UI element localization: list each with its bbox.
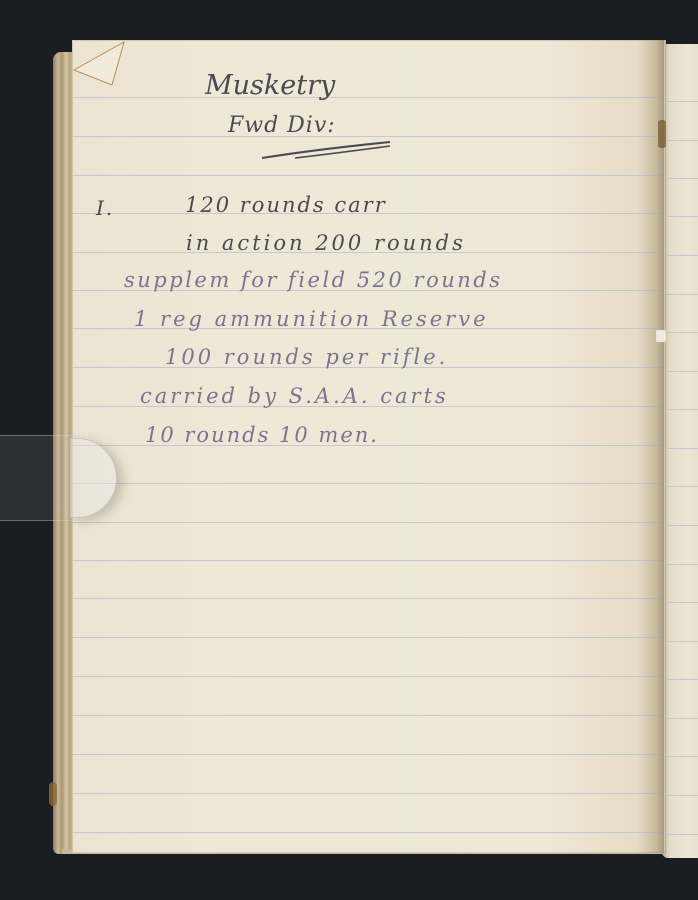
- note-line: in action 200 rounds: [186, 231, 466, 255]
- ruled-line: [72, 598, 666, 599]
- ruled-line: [72, 483, 666, 484]
- ruled-line: [72, 676, 666, 677]
- ruled-line: [72, 522, 666, 523]
- ruled-line: [72, 715, 666, 716]
- note-line: 10 rounds 10 men.: [145, 423, 379, 447]
- note-line: supplem for field 520 rounds: [124, 268, 503, 292]
- note-line: 1 reg ammunition Reserve: [134, 307, 489, 331]
- binding-stain: [49, 782, 57, 806]
- note-line: 120 rounds carr: [185, 193, 387, 217]
- ruled-line: [72, 560, 666, 561]
- heading-underline: [260, 138, 395, 162]
- ruled-line: [72, 793, 666, 794]
- ruled-line: [72, 175, 666, 176]
- facing-page: [662, 44, 698, 858]
- notebook-scan: Musketry Fwd Div: I. 120 rounds carr in …: [0, 0, 698, 900]
- page-tear: [658, 120, 666, 148]
- ruled-line: [72, 97, 666, 98]
- gutter-shadow: [640, 40, 664, 853]
- ruled-line: [72, 136, 666, 137]
- page-tear: [656, 330, 666, 342]
- folded-corner: [72, 40, 128, 90]
- ruled-line: [72, 637, 666, 638]
- heading-title: Musketry: [205, 70, 335, 101]
- heading-subtitle: Fwd Div:: [228, 113, 336, 138]
- section-number: I.: [96, 196, 114, 220]
- note-line: 100 rounds per rifle.: [165, 345, 448, 369]
- note-line: carried by S.A.A. carts: [140, 384, 449, 408]
- ruled-line: [72, 832, 666, 833]
- ruled-line: [72, 754, 666, 755]
- page-clip: [0, 435, 80, 521]
